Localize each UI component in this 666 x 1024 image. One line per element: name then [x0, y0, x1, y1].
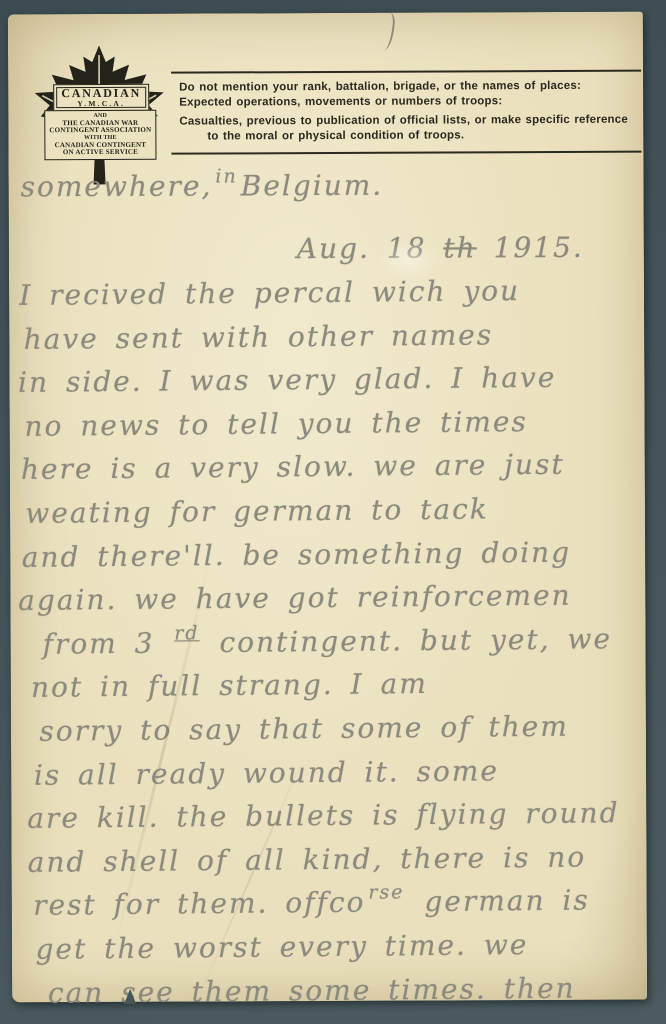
logo-contingent-box: AND THE CANADIAN WAR CONTINGENT ASSOCIAT…: [44, 110, 156, 160]
handwriting-line: can see them some times. then: [14, 966, 639, 1016]
handwriting-line: I recived the percal wich you: [7, 268, 632, 318]
handwriting-segment: is all ready wound it. some: [34, 754, 499, 791]
censor-line-3: Casualties, previous to publication of o…: [179, 113, 637, 145]
pencil-tick-mark: [378, 12, 396, 51]
handwriting-segment: I recived the percal wich you: [19, 274, 520, 312]
handwriting-segment: rse: [368, 872, 404, 916]
handwriting-line: here is a very slow. we are just: [9, 442, 634, 492]
handwriting-line: weating for german to tack: [9, 486, 634, 536]
handwriting-segment: are kill. the bullets is flying round: [27, 796, 620, 835]
logo-org-name: CANADIAN: [61, 87, 141, 99]
handwriting-segment: sorry to say that some of them: [39, 710, 569, 748]
handwriting-line: rest for them. offcorse german is: [13, 878, 638, 928]
handwriting-segment: contingent. but yet, we: [202, 622, 612, 659]
handwriting-line: get the worst every time. we: [13, 922, 638, 972]
handwritten-letter-body: I recived the percal wich youhave sent w…: [7, 268, 639, 1015]
eraser-smudge: [379, 241, 439, 281]
handwriting-segment: german is: [407, 884, 590, 919]
handwriting-line: and there'll. be something doing: [10, 530, 635, 580]
handwriting-line: in side. I was very glad. I have: [8, 355, 633, 405]
handwriting-segment: again. we have got reinforcemen: [18, 579, 572, 617]
handwriting-segment: have sent with other names: [24, 318, 494, 356]
handwriting-segment: and there'll. be something doing: [22, 535, 572, 573]
handwriting-segment: 1915.: [477, 231, 584, 264]
handwriting-segment: somewhere,: [21, 169, 213, 203]
handwriting-segment: weating for german to tack: [25, 492, 489, 529]
handwriting-segment: get the worst every time. we: [35, 928, 528, 966]
handwriting-line: again. we have got reinforcemen: [10, 573, 635, 623]
handwriting-line: sorry to say that some of them: [11, 704, 636, 754]
handwriting-segment: no news to tell you the times: [24, 405, 528, 443]
logo-org-abbr: Y.M.C.A.: [77, 100, 125, 108]
handwriting-segment: and shell of all kind, there is no: [28, 840, 587, 878]
handwriting-segment: rest for them. offco: [33, 886, 366, 922]
logo-org-name-box: CANADIAN Y.M.C.A.: [53, 84, 149, 111]
handwriting-segment: not in full strang. I am: [31, 667, 428, 704]
handwriting-segment: Belgium.: [241, 169, 384, 203]
handwritten-date-line: Aug. 18 th 1915.: [297, 231, 584, 265]
ymca-logo: CANADIAN Y.M.C.A. AND THE CANADIAN WAR C…: [24, 44, 175, 191]
handwriting-line: not in full strang. I am: [11, 660, 636, 710]
handwriting-line: is all ready wound it. some: [12, 748, 637, 798]
censor-line-2: Expected operations, movements or number…: [179, 94, 637, 111]
handwriting-line: no news to tell you the times: [8, 399, 633, 449]
logo-line-service: ON ACTIVE SERVICE: [63, 149, 138, 157]
censor-line-1: Do not mention your rank, battalion, bri…: [179, 79, 637, 96]
handwriting-line: have sent with other names: [7, 312, 632, 362]
handwriting-segment: in side. I was very glad. I have: [18, 361, 557, 399]
handwriting-segment: th: [443, 231, 476, 264]
handwriting-segment: in: [215, 165, 237, 187]
paper-tear-notch: [124, 989, 136, 1004]
handwriting-segment: from 3: [42, 626, 171, 660]
letter-page: CANADIAN Y.M.C.A. AND THE CANADIAN WAR C…: [8, 12, 647, 1003]
handwriting-line: from 3 rd contingent. but yet, we: [10, 617, 635, 667]
handwriting-segment: here is a very slow. we are just: [21, 448, 565, 486]
handwriting-line: and shell of all kind, there is no: [12, 835, 637, 885]
handwritten-place-line: somewhere,inBelgium.: [21, 169, 384, 204]
censor-notice: Do not mention your rank, battalion, bri…: [171, 70, 641, 155]
handwriting-line: are kill. the bullets is flying round: [12, 791, 637, 841]
